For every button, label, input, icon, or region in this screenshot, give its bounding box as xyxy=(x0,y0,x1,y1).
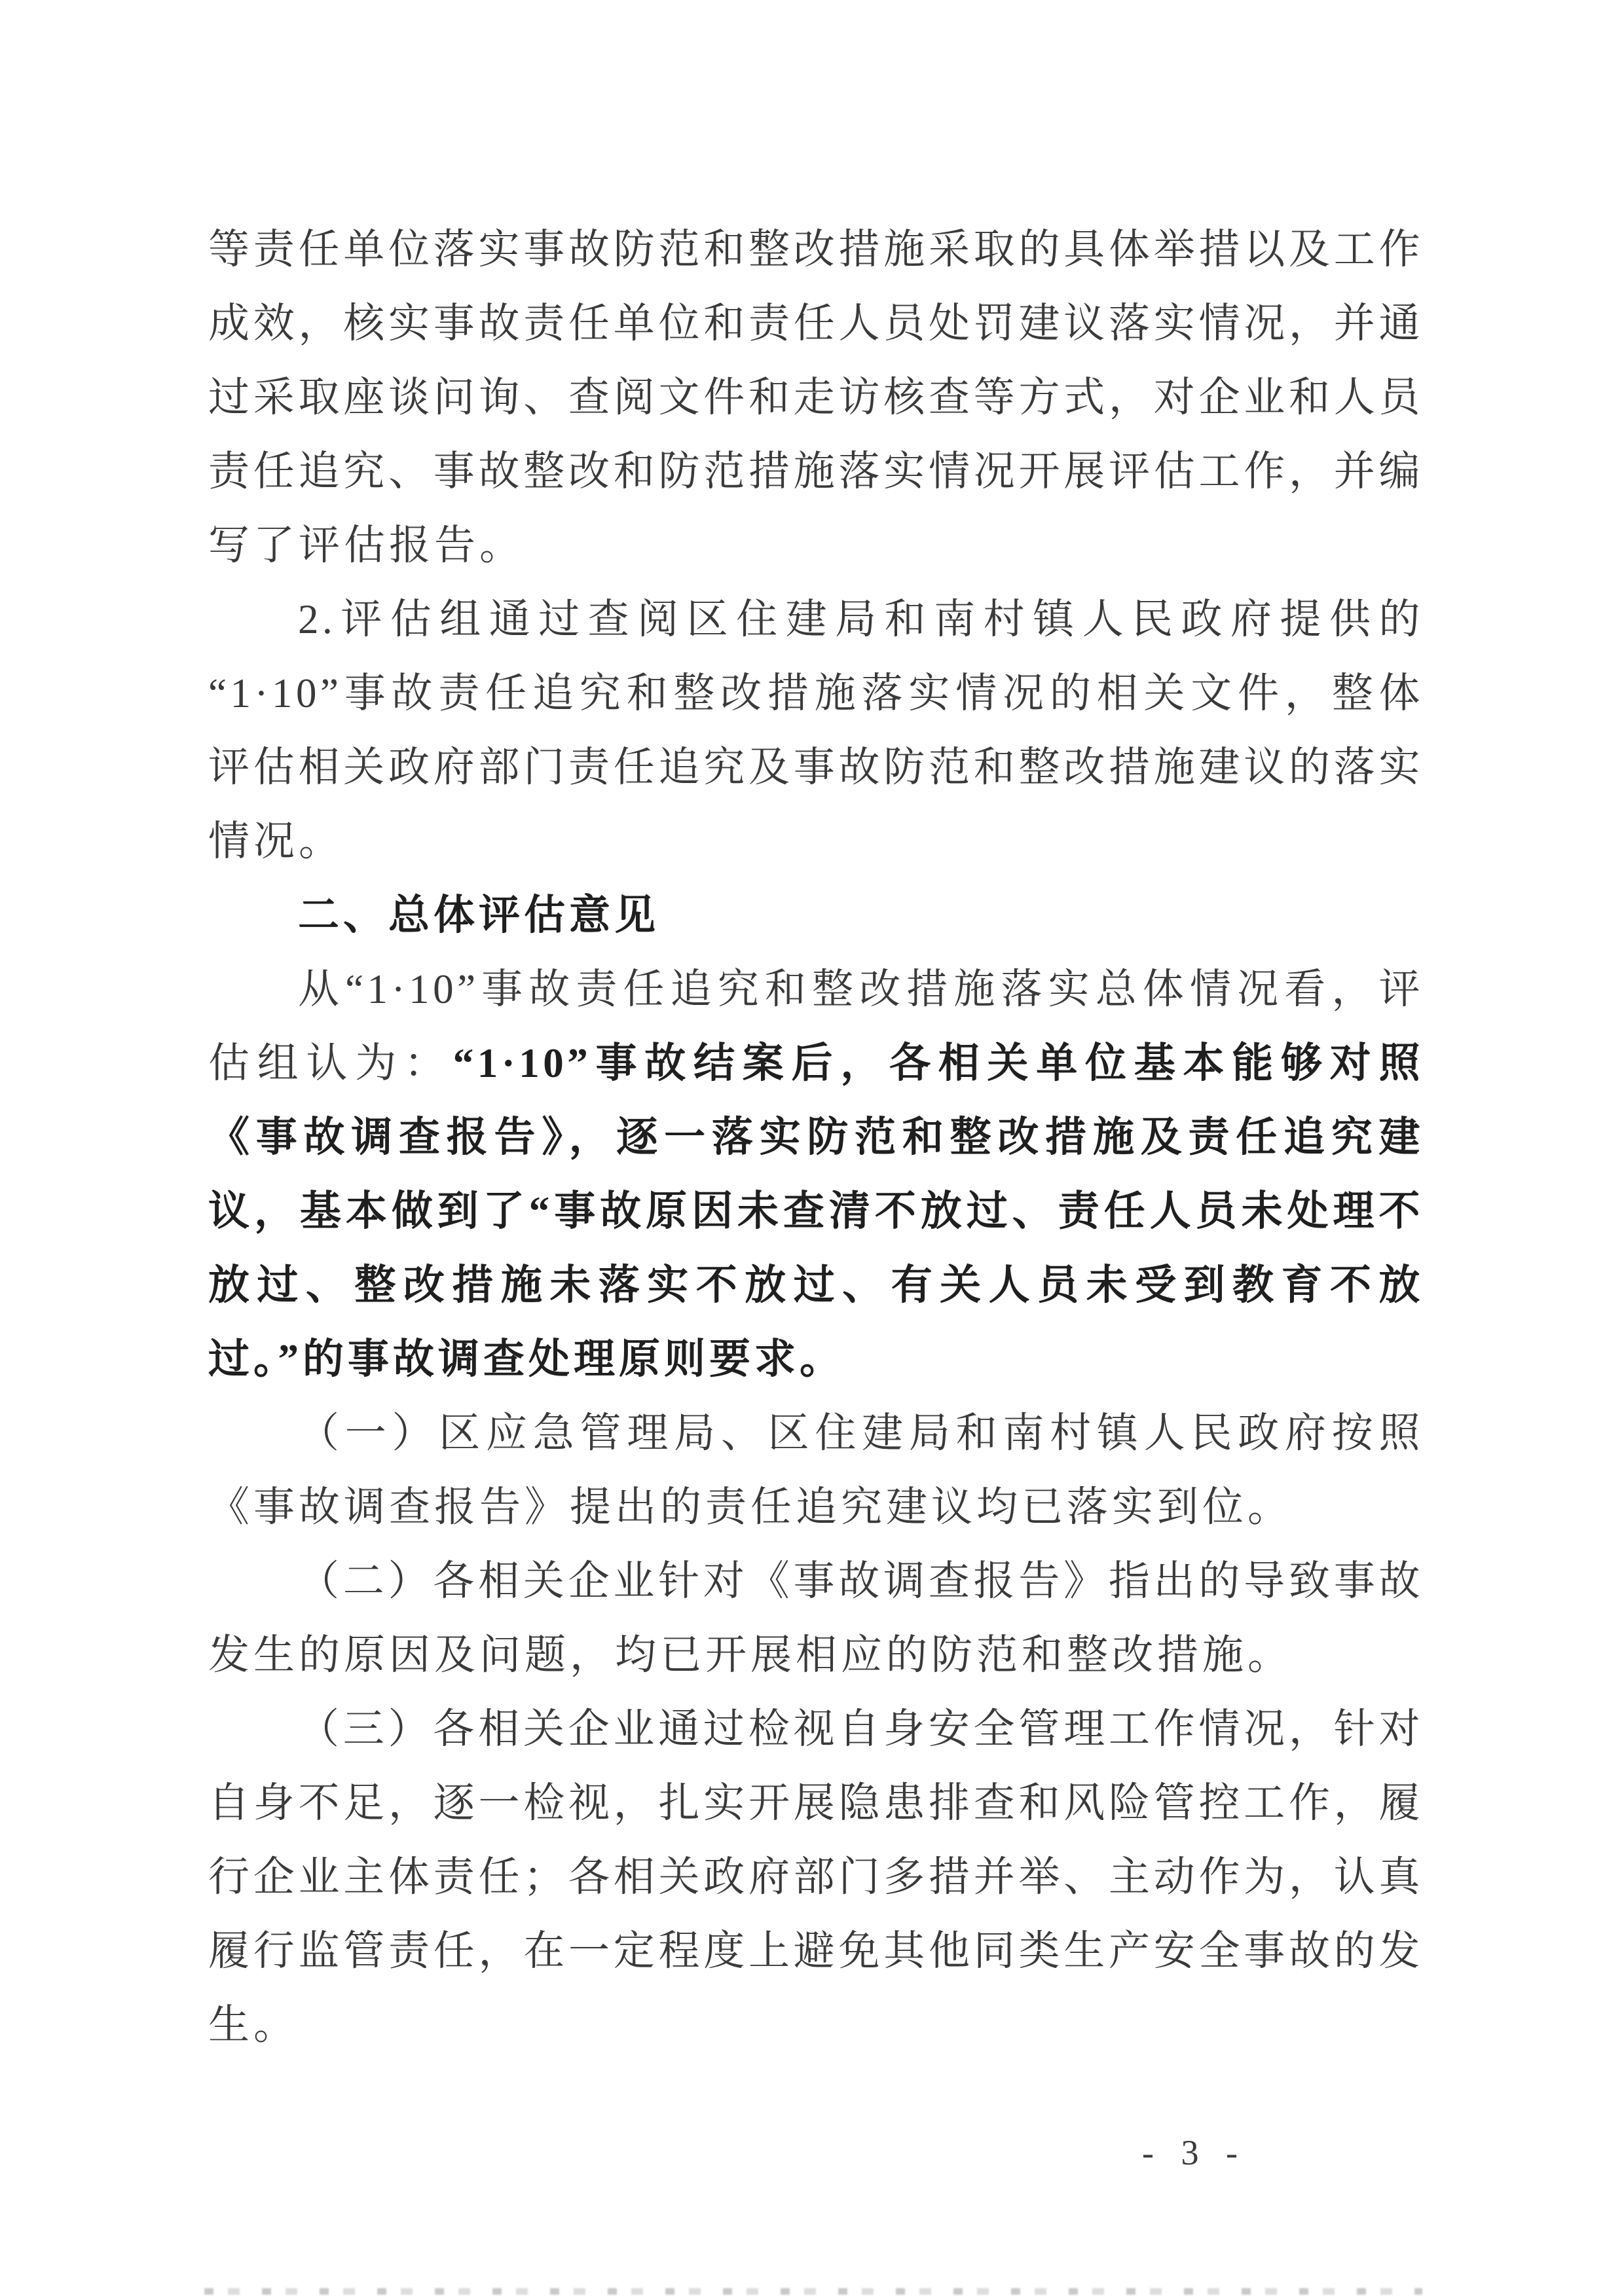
text-segment: 履行监管责任，在一定程度上避免其他同类生产安全事故的发 xyxy=(208,1928,1424,1974)
text-line: 写了评估报告。 xyxy=(208,509,1424,583)
text-line: 过采取座谈问询、查阅文件和走访核查等方式，对企业和人员 xyxy=(208,361,1424,435)
text-segment: 自身不足，逐一检视，扎实开展隐患排查和风险管控工作，履 xyxy=(208,1780,1424,1826)
text-segment: 评估相关政府部门责任追究及事故防范和整改措施建议的落实 xyxy=(208,744,1424,790)
text-line: 发生的原因及问题，均已开展相应的防范和整改措施。 xyxy=(208,1618,1424,1692)
bold-text-segment: 过。”的事故调查处理原则要求。 xyxy=(208,1336,845,1382)
text-block: 等责任单位落实事故防范和整改措施采取的具体举措以及工作成效，核实事故责任单位和责… xyxy=(208,213,1424,2062)
document-page: 等责任单位落实事故防范和整改措施采取的具体举措以及工作成效，核实事故责任单位和责… xyxy=(0,0,1624,2296)
text-line: 放过、整改措施未落实不放过、有关人员未受到教育不放 xyxy=(208,1248,1424,1322)
text-segment: 责任追究、事故整改和防范措施落实情况开展评估工作，并编 xyxy=(208,448,1424,494)
text-line: 从“1·10”事故责任追究和整改措施落实总体情况看，评 xyxy=(208,953,1424,1027)
text-segment: 2.评估组通过查阅区住建局和南村镇人民政府提供的 xyxy=(298,596,1424,642)
text-segment: 生。 xyxy=(208,2002,299,2048)
text-line: 议，基本做到了“事故原因未查清不放过、责任人员未处理不 xyxy=(208,1175,1424,1248)
text-segment: （二）各相关企业针对《事故调查报告》指出的导致事故 xyxy=(298,1558,1424,1604)
text-line: 情况。 xyxy=(208,805,1424,879)
bold-text-segment: “1·10”事故结案后，各相关单位基本能够对照 xyxy=(453,1040,1424,1086)
text-segment: 估组认为： xyxy=(208,1040,453,1086)
text-segment: “1·10”事故责任追究和整改措施落实情况的相关文件，整体 xyxy=(208,670,1424,716)
text-line: 二、总体评估意见 xyxy=(208,879,1424,953)
scan-bleed-artifact xyxy=(204,2288,1422,2295)
text-line: 2.评估组通过查阅区住建局和南村镇人民政府提供的 xyxy=(208,583,1424,657)
text-line: 成效，核实事故责任单位和责任人员处罚建议落实情况，并通 xyxy=(208,287,1424,361)
bold-text-segment: 放过、整改措施未落实不放过、有关人员未受到教育不放 xyxy=(208,1262,1424,1308)
text-line: 评估相关政府部门责任追究及事故防范和整改措施建议的落实 xyxy=(208,731,1424,805)
text-line: 生。 xyxy=(208,1988,1424,2062)
bold-text-segment: 二、总体评估意见 xyxy=(298,892,659,938)
text-line: （一）区应急管理局、区住建局和南村镇人民政府按照 xyxy=(208,1396,1424,1470)
page-number: - 3 - xyxy=(1142,2133,1247,2172)
text-segment: 《事故调查报告》提出的责任追究建议均已落实到位。 xyxy=(208,1484,1293,1530)
text-line: 估组认为：“1·10”事故结案后，各相关单位基本能够对照 xyxy=(208,1027,1424,1101)
text-line: （三）各相关企业通过检视自身安全管理工作情况，针对 xyxy=(208,1692,1424,1766)
text-segment: 成效，核实事故责任单位和责任人员处罚建议落实情况，并通 xyxy=(208,301,1424,346)
text-segment: 等责任单位落实事故防范和整改措施采取的具体举措以及工作 xyxy=(208,227,1424,272)
text-line: （二）各相关企业针对《事故调查报告》指出的导致事故 xyxy=(208,1544,1424,1618)
text-segment: （一）区应急管理局、区住建局和南村镇人民政府按照 xyxy=(298,1410,1424,1456)
text-line: 行企业主体责任；各相关政府部门多措并举、主动作为，认真 xyxy=(208,1840,1424,1914)
text-line: “1·10”事故责任追究和整改措施落实情况的相关文件，整体 xyxy=(208,657,1424,731)
text-segment: 过采取座谈问询、查阅文件和走访核查等方式，对企业和人员 xyxy=(208,374,1424,420)
text-line: 等责任单位落实事故防范和整改措施采取的具体举措以及工作 xyxy=(208,213,1424,287)
text-line: 履行监管责任，在一定程度上避免其他同类生产安全事故的发 xyxy=(208,1914,1424,1988)
text-line: 《事故调查报告》提出的责任追究建议均已落实到位。 xyxy=(208,1470,1424,1544)
text-line: 过。”的事故调查处理原则要求。 xyxy=(208,1322,1424,1396)
bold-text-segment: 议，基本做到了“事故原因未查清不放过、责任人员未处理不 xyxy=(208,1188,1424,1234)
text-line: 《事故调查报告》，逐一落实防范和整改措施及责任追究建 xyxy=(208,1101,1424,1175)
text-line: 自身不足，逐一检视，扎实开展隐患排查和风险管控工作，履 xyxy=(208,1766,1424,1840)
text-line: 责任追究、事故整改和防范措施落实情况开展评估工作，并编 xyxy=(208,435,1424,509)
text-segment: 情况。 xyxy=(208,818,344,864)
text-segment: 从“1·10”事故责任追究和整改措施落实总体情况看，评 xyxy=(298,966,1424,1012)
bold-text-segment: 《事故调查报告》，逐一落实防范和整改措施及责任追究建 xyxy=(208,1114,1424,1160)
text-segment: 行企业主体责任；各相关政府部门多措并举、主动作为，认真 xyxy=(208,1854,1424,1900)
text-segment: 发生的原因及问题，均已开展相应的防范和整改措施。 xyxy=(208,1632,1293,1678)
text-segment: 写了评估报告。 xyxy=(208,522,525,568)
text-segment: （三）各相关企业通过检视自身安全管理工作情况，针对 xyxy=(298,1706,1424,1752)
